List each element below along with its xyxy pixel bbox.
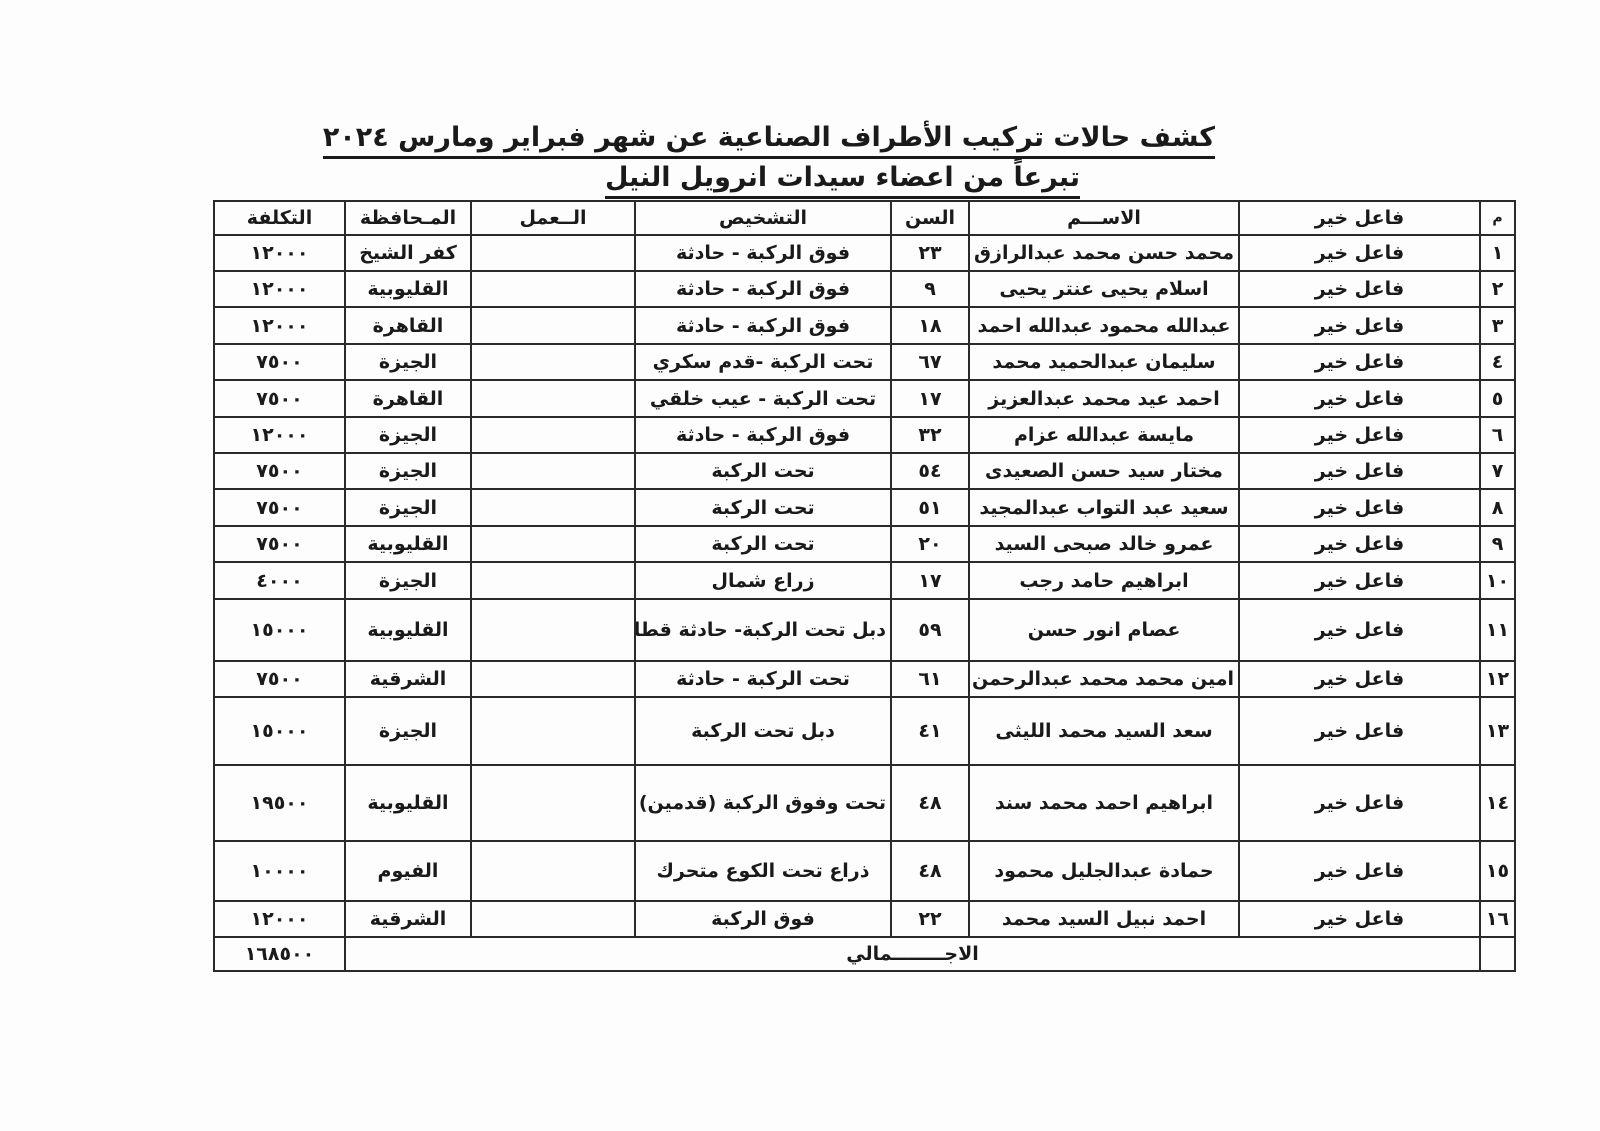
row-donor: فاعل خير xyxy=(1239,271,1480,307)
row-governorate: الفيوم xyxy=(345,841,471,901)
table-body: ١فاعل خيرمحمد حسن محمد عبدالرازق٢٣فوق ال… xyxy=(214,235,1515,937)
row-cost: ١٥٠٠٠ xyxy=(214,697,345,765)
row-cost: ٧٥٠٠ xyxy=(214,453,345,489)
row-age: ٢٠ xyxy=(891,526,969,562)
row-governorate: القاهرة xyxy=(345,380,471,417)
header-index: م xyxy=(1480,201,1515,235)
cases-table: م فاعل خير الاســـم السن التشخيص الــعمل… xyxy=(213,200,1516,972)
row-name: امين محمد محمد عبدالرحمن xyxy=(969,661,1239,697)
row-work xyxy=(471,271,635,307)
row-cost: ١٠٠٠٠ xyxy=(214,841,345,901)
document-title: كشف حالات تركيب الأطراف الصناعية عن شهر … xyxy=(470,120,1215,159)
row-name: احمد عيد محمد عبدالعزيز xyxy=(969,380,1239,417)
row-work xyxy=(471,901,635,937)
header-age: السن xyxy=(891,201,969,235)
row-index: ٨ xyxy=(1480,489,1515,526)
total-row: الاجــــــــمالي ١٦٨٥٠٠ xyxy=(214,937,1515,971)
header-name: الاســـم xyxy=(969,201,1239,235)
row-diagnosis: تحت الركبة xyxy=(635,526,891,562)
row-governorate: الجيزة xyxy=(345,562,471,599)
row-governorate: القليوبية xyxy=(345,599,471,661)
row-work xyxy=(471,526,635,562)
document-page: كشف حالات تركيب الأطراف الصناعية عن شهر … xyxy=(0,0,1600,1131)
row-governorate: القليوبية xyxy=(345,765,471,841)
row-donor: فاعل خير xyxy=(1239,344,1480,380)
row-name: سعيد عبد التواب عبدالمجيد xyxy=(969,489,1239,526)
row-name: سليمان عبدالحميد محمد xyxy=(969,344,1239,380)
table-row: ٩فاعل خيرعمرو خالد صبحى السيد٢٠تحت الركب… xyxy=(214,526,1515,562)
table-row: ٢فاعل خيراسلام يحيى عنتر يحيى٩فوق الركبة… xyxy=(214,271,1515,307)
row-governorate: القاهرة xyxy=(345,307,471,344)
row-cost: ١٢٠٠٠ xyxy=(214,307,345,344)
row-cost: ٧٥٠٠ xyxy=(214,526,345,562)
row-donor: فاعل خير xyxy=(1239,599,1480,661)
row-name: عصام انور حسن xyxy=(969,599,1239,661)
row-cost: ١٢٠٠٠ xyxy=(214,417,345,453)
row-cost: ٧٥٠٠ xyxy=(214,661,345,697)
row-age: ١٨ xyxy=(891,307,969,344)
table-header-row: م فاعل خير الاســـم السن التشخيص الــعمل… xyxy=(214,201,1515,235)
row-index: ١٢ xyxy=(1480,661,1515,697)
row-donor: فاعل خير xyxy=(1239,661,1480,697)
total-label: الاجــــــــمالي xyxy=(345,937,1480,971)
row-age: ٩ xyxy=(891,271,969,307)
row-donor: فاعل خير xyxy=(1239,380,1480,417)
row-governorate: الجيزة xyxy=(345,344,471,380)
row-name: احمد نبيل السيد محمد xyxy=(969,901,1239,937)
row-name: عبدالله محمود عبدالله احمد xyxy=(969,307,1239,344)
row-index: ١٤ xyxy=(1480,765,1515,841)
row-diagnosis: تحت الركبة xyxy=(635,453,891,489)
row-diagnosis: فوق الركبة - حادثة xyxy=(635,307,891,344)
row-index: ٤ xyxy=(1480,344,1515,380)
table-row: ١٤فاعل خيرابراهيم احمد محمد سند٤٨تحت وفو… xyxy=(214,765,1515,841)
row-name: محمد حسن محمد عبدالرازق xyxy=(969,235,1239,271)
row-governorate: القليوبية xyxy=(345,271,471,307)
row-work xyxy=(471,453,635,489)
row-diagnosis: تحت الركبة - حادثة xyxy=(635,661,891,697)
row-cost: ١٢٠٠٠ xyxy=(214,235,345,271)
row-governorate: الشرقية xyxy=(345,901,471,937)
row-donor: فاعل خير xyxy=(1239,901,1480,937)
row-diagnosis: فوق الركبة - حادثة xyxy=(635,271,891,307)
table-row: ١٦فاعل خيراحمد نبيل السيد محمد٢٢فوق الرك… xyxy=(214,901,1515,937)
table-row: ٧فاعل خيرمختار سيد حسن الصعيدى٥٤تحت الرك… xyxy=(214,453,1515,489)
row-work xyxy=(471,417,635,453)
row-age: ٤٨ xyxy=(891,765,969,841)
row-age: ٣٢ xyxy=(891,417,969,453)
row-diagnosis: دبل تحت الركبة xyxy=(635,697,891,765)
row-work xyxy=(471,235,635,271)
row-index: ٦ xyxy=(1480,417,1515,453)
title-text: كشف حالات تركيب الأطراف الصناعية عن شهر … xyxy=(323,120,1215,159)
row-cost: ١٩٥٠٠ xyxy=(214,765,345,841)
row-governorate: كفر الشيخ xyxy=(345,235,471,271)
row-age: ٤٨ xyxy=(891,841,969,901)
row-age: ٥٤ xyxy=(891,453,969,489)
row-diagnosis: فوق الركبة - حادثة xyxy=(635,417,891,453)
table-row: ١٢فاعل خيرامين محمد محمد عبدالرحمن٦١تحت … xyxy=(214,661,1515,697)
table-row: ١٣فاعل خيرسعد السيد محمد الليثى٤١دبل تحت… xyxy=(214,697,1515,765)
row-work xyxy=(471,489,635,526)
table-row: ٤فاعل خيرسليمان عبدالحميد محمد٦٧تحت الرك… xyxy=(214,344,1515,380)
row-name: مختار سيد حسن الصعيدى xyxy=(969,453,1239,489)
row-governorate: الجيزة xyxy=(345,417,471,453)
row-age: ٦١ xyxy=(891,661,969,697)
row-governorate: الجيزة xyxy=(345,453,471,489)
row-age: ٤١ xyxy=(891,697,969,765)
row-donor: فاعل خير xyxy=(1239,489,1480,526)
row-name: اسلام يحيى عنتر يحيى xyxy=(969,271,1239,307)
table-row: ١فاعل خيرمحمد حسن محمد عبدالرازق٢٣فوق ال… xyxy=(214,235,1515,271)
row-index: ١ xyxy=(1480,235,1515,271)
row-work xyxy=(471,344,635,380)
row-work xyxy=(471,765,635,841)
row-age: ١٧ xyxy=(891,380,969,417)
document-subtitle: تبرعاً من اعضاء سيدات انرويل النيل xyxy=(470,160,1215,199)
row-index: ١٥ xyxy=(1480,841,1515,901)
header-work: الــعمل xyxy=(471,201,635,235)
row-donor: فاعل خير xyxy=(1239,453,1480,489)
row-diagnosis: تحت وفوق الركبة (قدمين) xyxy=(635,765,891,841)
row-index: ١٠ xyxy=(1480,562,1515,599)
table-row: ٣فاعل خيرعبدالله محمود عبدالله احمد١٨فوق… xyxy=(214,307,1515,344)
row-diagnosis: تحت الركبة -قدم سكري xyxy=(635,344,891,380)
table-row: ١٥فاعل خيرحمادة عبدالجليل محمود٤٨ذراع تح… xyxy=(214,841,1515,901)
row-governorate: القليوبية xyxy=(345,526,471,562)
row-age: ٢٢ xyxy=(891,901,969,937)
row-age: ١٧ xyxy=(891,562,969,599)
row-diagnosis: فوق الركبة xyxy=(635,901,891,937)
row-diagnosis: فوق الركبة - حادثة xyxy=(635,235,891,271)
header-diagnosis: التشخيص xyxy=(635,201,891,235)
row-name: حمادة عبدالجليل محمود xyxy=(969,841,1239,901)
row-diagnosis: زراع شمال xyxy=(635,562,891,599)
table-row: ١٠فاعل خيرابراهيم حامد رجب١٧زراع شمالالج… xyxy=(214,562,1515,599)
row-donor: فاعل خير xyxy=(1239,841,1480,901)
row-index: ١٣ xyxy=(1480,697,1515,765)
header-donor: فاعل خير xyxy=(1239,201,1480,235)
table-row: ٥فاعل خيراحمد عيد محمد عبدالعزيز١٧تحت ال… xyxy=(214,380,1515,417)
row-donor: فاعل خير xyxy=(1239,765,1480,841)
row-diagnosis: تحت الركبة - عيب خلقي xyxy=(635,380,891,417)
subtitle-text: تبرعاً من اعضاء سيدات انرويل النيل xyxy=(605,160,1080,199)
row-donor: فاعل خير xyxy=(1239,307,1480,344)
row-cost: ١٥٠٠٠ xyxy=(214,599,345,661)
row-age: ٢٣ xyxy=(891,235,969,271)
table-row: ٨فاعل خيرسعيد عبد التواب عبدالمجيد٥١تحت … xyxy=(214,489,1515,526)
row-cost: ١٢٠٠٠ xyxy=(214,901,345,937)
row-age: ٥٩ xyxy=(891,599,969,661)
row-donor: فاعل خير xyxy=(1239,562,1480,599)
row-work xyxy=(471,599,635,661)
table-row: ٦فاعل خيرمايسة عبدالله عزام٣٢فوق الركبة … xyxy=(214,417,1515,453)
row-index: ٧ xyxy=(1480,453,1515,489)
row-diagnosis: تحت الركبة xyxy=(635,489,891,526)
header-cost: التكلفة xyxy=(214,201,345,235)
total-empty-index xyxy=(1480,937,1515,971)
row-cost: ٤٠٠٠ xyxy=(214,562,345,599)
row-index: ١١ xyxy=(1480,599,1515,661)
header-governorate: المـحافظة xyxy=(345,201,471,235)
row-name: مايسة عبدالله عزام xyxy=(969,417,1239,453)
row-diagnosis: ذراع تحت الكوع متحرك xyxy=(635,841,891,901)
row-index: ٩ xyxy=(1480,526,1515,562)
row-work xyxy=(471,307,635,344)
row-donor: فاعل خير xyxy=(1239,417,1480,453)
row-work xyxy=(471,380,635,417)
row-name: ابراهيم حامد رجب xyxy=(969,562,1239,599)
row-index: ١٦ xyxy=(1480,901,1515,937)
row-work xyxy=(471,841,635,901)
row-cost: ١٢٠٠٠ xyxy=(214,271,345,307)
row-work xyxy=(471,697,635,765)
row-cost: ٧٥٠٠ xyxy=(214,344,345,380)
row-governorate: الجيزة xyxy=(345,489,471,526)
row-age: ٥١ xyxy=(891,489,969,526)
row-governorate: الشرقية xyxy=(345,661,471,697)
row-name: سعد السيد محمد الليثى xyxy=(969,697,1239,765)
row-age: ٦٧ xyxy=(891,344,969,380)
row-diagnosis: دبل تحت الركبة- حادثة قطار xyxy=(635,599,891,661)
row-name: عمرو خالد صبحى السيد xyxy=(969,526,1239,562)
row-cost: ٧٥٠٠ xyxy=(214,489,345,526)
row-governorate: الجيزة xyxy=(345,697,471,765)
row-index: ٢ xyxy=(1480,271,1515,307)
row-donor: فاعل خير xyxy=(1239,235,1480,271)
row-donor: فاعل خير xyxy=(1239,526,1480,562)
row-donor: فاعل خير xyxy=(1239,697,1480,765)
row-cost: ٧٥٠٠ xyxy=(214,380,345,417)
row-index: ٥ xyxy=(1480,380,1515,417)
row-index: ٣ xyxy=(1480,307,1515,344)
row-name: ابراهيم احمد محمد سند xyxy=(969,765,1239,841)
row-work xyxy=(471,661,635,697)
total-value-cell: ١٦٨٥٠٠ xyxy=(214,937,345,971)
row-work xyxy=(471,562,635,599)
table-row: ١١فاعل خيرعصام انور حسن٥٩دبل تحت الركبة-… xyxy=(214,599,1515,661)
